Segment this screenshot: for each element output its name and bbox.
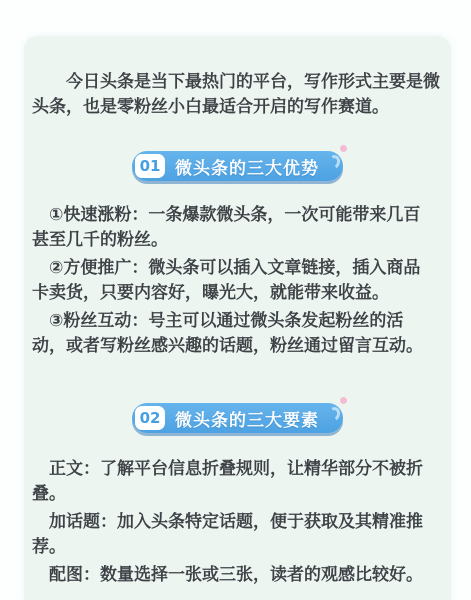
element-paragraph-2: 加话题：加入头条特定话题，便于获取及其精准推 荐。 (32, 510, 443, 560)
section-1-title: 微头条的三大优势 (175, 154, 319, 179)
section-1-badge: 01 微头条的三大优势 (132, 151, 343, 181)
pink-dot-icon (340, 145, 347, 152)
advantage-paragraph-1: ①快速涨粉：一条爆款微头条，一次可能带来几百 甚至几千的粉丝。 (32, 203, 443, 253)
shine-arc-icon (326, 405, 342, 422)
section-1-header-row: 01 微头条的三大优势 (24, 151, 451, 181)
section-2-number-chip: 02 (135, 406, 165, 430)
pink-dot-icon (340, 397, 347, 404)
section-2-title: 微头条的三大要素 (175, 406, 319, 431)
section-2-number: 02 (140, 409, 161, 427)
section-2-header-row: 02 微头条的三大要素 (24, 403, 451, 433)
element-paragraph-1: 正文：了解平台信息折叠规则，让精华部分不被折 叠。 (32, 457, 443, 507)
advantage-paragraph-3: ③粉丝互动：号主可以通过微头条发起粉丝的活 动，或者写粉丝感兴趣的话题，粉丝通过… (32, 309, 443, 359)
section-1-number-chip: 01 (135, 154, 165, 178)
element-paragraph-3: 配图：数量选择一张或三张，读者的观感比较好。 (32, 563, 443, 588)
content-card: 今日头条是当下最热门的平台，写作形式主要是微 头条，也是零粉丝小白最适合开启的写… (24, 36, 451, 600)
section-2-badge: 02 微头条的三大要素 (132, 403, 343, 433)
shine-arc-icon (326, 153, 342, 170)
intro-paragraph: 今日头条是当下最热门的平台，写作形式主要是微 头条，也是零粉丝小白最适合开启的写… (32, 70, 443, 120)
advantage-paragraph-2: ②方便推广：微头条可以插入文章链接，插入商品 卡卖货，只要内容好，曝光大，就能带… (32, 256, 443, 306)
poster-page: 今日头条是当下最热门的平台，写作形式主要是微 头条，也是零粉丝小白最适合开启的写… (0, 0, 471, 600)
section-1-number: 01 (140, 157, 161, 175)
